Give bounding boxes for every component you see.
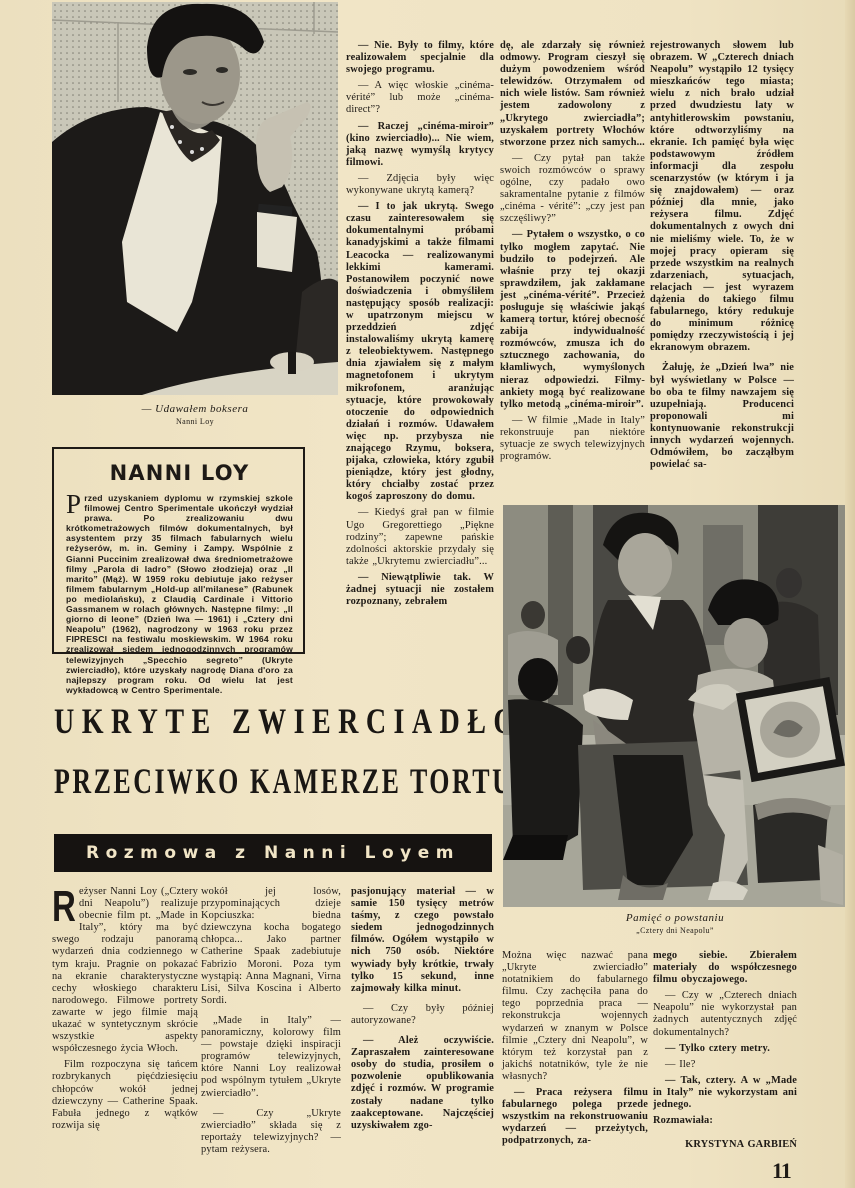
caption-title: Pamięć o powstaniu (560, 912, 790, 924)
headline-line-2: PRZECIWKO KAMERZE TORTUR (54, 760, 371, 802)
paragraph: Żałuję, że „Dzień lwa” nie był wyświetla… (650, 362, 794, 471)
text-column-bottom-4: Można więc nazwać pana „Ukryte zwierciad… (502, 950, 648, 1148)
author-signature: KRYSTYNA GARBIEŃ (653, 1139, 797, 1151)
photo-portrait-caption: — Udawałem boksera Nanni Loy (52, 403, 338, 426)
text-column-bottom-1: Reżyser Nanni Loy („Cztery dni Neapolu”)… (52, 886, 198, 1132)
interviewer-label: Rozmawiała: (653, 1115, 797, 1127)
article-dropcap: R (52, 888, 69, 926)
paragraph: — I to jak ukrytą. Swego czasu zainteres… (346, 201, 494, 503)
paragraph: „Made in Italy” — panoramiczny, kolorowy… (201, 1015, 341, 1100)
text-column-top-3: rejestrowanych słowem lub obrazem. W „Cz… (650, 40, 794, 471)
paragraph: — A więc włoskie „cinéma-vérité” lub moż… (346, 80, 494, 116)
paragraph: — Tylko cztery metry. (653, 1043, 797, 1055)
paragraph: mego siebie. Zbierałem materiały do wspó… (653, 950, 797, 986)
paragraph: — W filmie „Made in Italy” rekonstruuje … (500, 415, 645, 463)
paragraph: — Czy były później autoryzowane? (351, 1003, 494, 1027)
paragraph: — Kiedyś grał pan w filmie Ugo Gregorett… (346, 507, 494, 567)
paragraph: Można więc nazwać pana „Ukryte zwierciad… (502, 950, 648, 1083)
text-column-bottom-2: wokół jej losów, przypominających dzieje… (201, 886, 341, 1156)
bio-title: NANNI LOY (66, 461, 293, 485)
bio-body: rzed uzyskaniem dyplomu w rzymskiej szko… (66, 493, 293, 695)
text-column-bottom-3: pasjonujący materiał — w samie 150 tysię… (351, 886, 494, 1132)
paragraph: — Tak, cztery. A w „Made in Italy” nie w… (653, 1075, 797, 1111)
paragraph: — Ile? (653, 1059, 797, 1071)
text-column-top-2: dę, ale zdarzały się również odmowy. Pro… (500, 40, 645, 463)
paragraph: — Czy „Ukryte zwierciadło” składa się z … (201, 1108, 341, 1156)
portrait-man-image (52, 2, 338, 395)
paragraph-with-dropcap: Reżyser Nanni Loy („Cztery dni Neapolu”)… (52, 886, 198, 1055)
subheadline-banner: Rozmowa z Nanni Loyem (54, 834, 492, 872)
paragraph: — Raczej „cinéma-miroir” (kino zwierciad… (346, 121, 494, 169)
caption-title: — Udawałem boksera (52, 403, 338, 415)
page-edge-shadow (845, 0, 855, 1188)
paragraph: — Zdjęcia były więc wykonywane ukrytą ka… (346, 173, 494, 197)
paragraph: dę, ale zdarzały się również odmowy. Pro… (500, 40, 645, 149)
bio-text: P rzed uzyskaniem dyplomu w rzymskiej sz… (66, 493, 293, 695)
street-children-image (503, 505, 845, 907)
paragraph: — Niewątpliwie tak. W żadnej sytuacji ni… (346, 572, 494, 608)
paragraph: Film rozpoczyna się tańcem rozbrykanych … (52, 1059, 198, 1132)
bio-dropcap: P (66, 494, 81, 515)
paragraph: — Nie. Były to filmy, które realizowałem… (346, 40, 494, 76)
paragraph: pasjonujący materiał — w samie 150 tysię… (351, 886, 494, 995)
paragraph: rejestrowanych słowem lub obrazem. W „Cz… (650, 40, 794, 354)
page-number: 11 (772, 1158, 791, 1184)
headline-line-1: UKRYTE ZWIERCIADŁO (54, 700, 397, 742)
paragraph: wokół jej losów, przypominających dzieje… (201, 886, 341, 1007)
caption-subtitle: „Cztery dni Neapolu” (560, 926, 790, 935)
paragraph: — Czy pytał pan także swoich rozmówców o… (500, 153, 645, 226)
caption-subtitle: Nanni Loy (52, 417, 338, 426)
paragraph: — Czy w „Czterech dniach Neapolu” nie wy… (653, 990, 797, 1038)
photo-street-caption: Pamięć o powstaniu „Cztery dni Neapolu” (560, 912, 790, 935)
text-column-top-1: — Nie. Były to filmy, które realizowałem… (346, 40, 494, 608)
photo-street-children (503, 505, 845, 907)
bio-box: NANNI LOY P rzed uzyskaniem dyplomu w rz… (52, 447, 305, 654)
text-column-bottom-5: mego siebie. Zbierałem materiały do wspó… (653, 950, 797, 1151)
photo-portrait (52, 2, 338, 395)
paragraph: — Praca reżysera filmu fabularnego poleg… (502, 1087, 648, 1147)
paragraph: — Pytałem o wszystko, o co tylko mogłem … (500, 229, 645, 410)
paragraph: — Ależ oczywiście. Zapraszałem zainteres… (351, 1035, 494, 1132)
